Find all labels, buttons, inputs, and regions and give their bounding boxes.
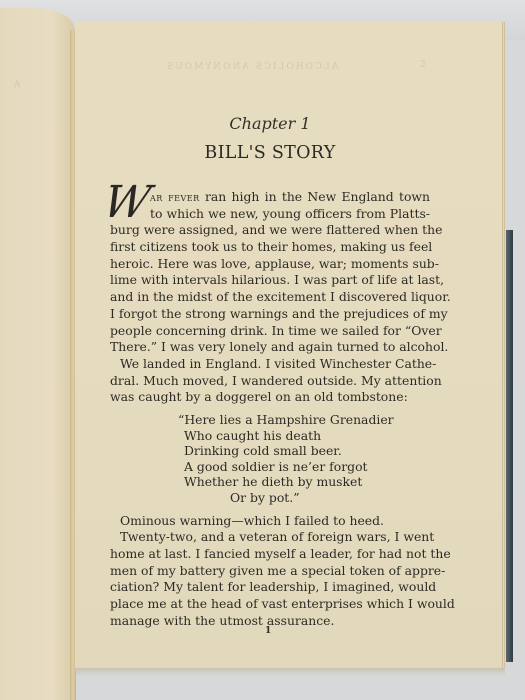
poem-line: “Here lies a Hampshire Grenadier: [178, 412, 430, 428]
chapter-title: BILL'S STORY: [110, 145, 430, 162]
poem-line: Drinking cold small beer.: [178, 443, 430, 459]
text-line: Twenty-two, and a veteran of foreign war…: [110, 529, 430, 546]
text-line: first citizens took us to their homes, m…: [110, 239, 430, 256]
text-line: Ominous warning—which I failed to heed.: [110, 513, 430, 530]
page-number: 1: [265, 626, 271, 636]
left-page-bleed-text: A: [14, 80, 22, 90]
text-line: was caught by a doggerel on an old tombs…: [110, 389, 430, 406]
text-line: place me at the head of vast enterprises…: [110, 596, 430, 613]
poem-line: Or by pot.”: [178, 490, 430, 506]
bleed-through-page-number: 2: [420, 60, 426, 70]
text-line: ar fever ran high in the New England tow…: [110, 189, 430, 206]
poem-line: Whether he dieth by musket: [178, 474, 430, 490]
paragraph-3: Ominous warning—which I failed to heed.: [110, 513, 430, 530]
text-line: to which we new, young officers from Pla…: [110, 206, 430, 223]
book-cover-edge: [506, 230, 513, 662]
text-line: I forgot the strong warnings and the pre…: [110, 306, 430, 323]
bleed-through-running-head: ALCOHOLICS ANONYMOUS: [165, 62, 338, 72]
text-line: heroic. Here was love, applause, war; mo…: [110, 256, 430, 273]
text-line: lime with intervals hilarious. I was par…: [110, 272, 430, 289]
poem-line: Who caught his death: [178, 428, 430, 444]
text-line: There.” I was very lonely and again turn…: [110, 339, 430, 356]
text-line: dral. Much moved, I wandered outside. My…: [110, 373, 430, 390]
text-line: people concerning drink. In time we sail…: [110, 323, 430, 340]
chapter-body: W ar fever ran high in the New England t…: [110, 189, 430, 629]
text-line: men of my battery given me a special tok…: [110, 563, 430, 580]
page-shadow: [75, 668, 505, 676]
opening-small-caps: ar fever: [150, 191, 200, 204]
paragraph-1: W ar fever ran high in the New England t…: [110, 189, 430, 356]
text-line: home at last. I fancied myself a leader,…: [110, 546, 430, 563]
text-line: burg were assigned, and we were flattere…: [110, 222, 430, 239]
chapter-number: Chapter 1: [110, 116, 430, 133]
poem-line: A good soldier is ne’er forgot: [178, 459, 430, 475]
paragraph-4: Twenty-two, and a veteran of foreign war…: [110, 529, 430, 629]
text-line: We landed in England. I visited Winchest…: [110, 356, 430, 373]
text-line: ciation? My talent for leadership, I ima…: [110, 579, 430, 596]
text-line: and in the midst of the excitement I dis…: [110, 289, 430, 306]
left-page: A: [0, 8, 74, 700]
paragraph-2: We landed in England. I visited Winchest…: [110, 356, 430, 406]
drop-cap: W: [100, 183, 154, 223]
tombstone-poem: “Here lies a Hampshire Grenadier Who cau…: [110, 412, 430, 506]
